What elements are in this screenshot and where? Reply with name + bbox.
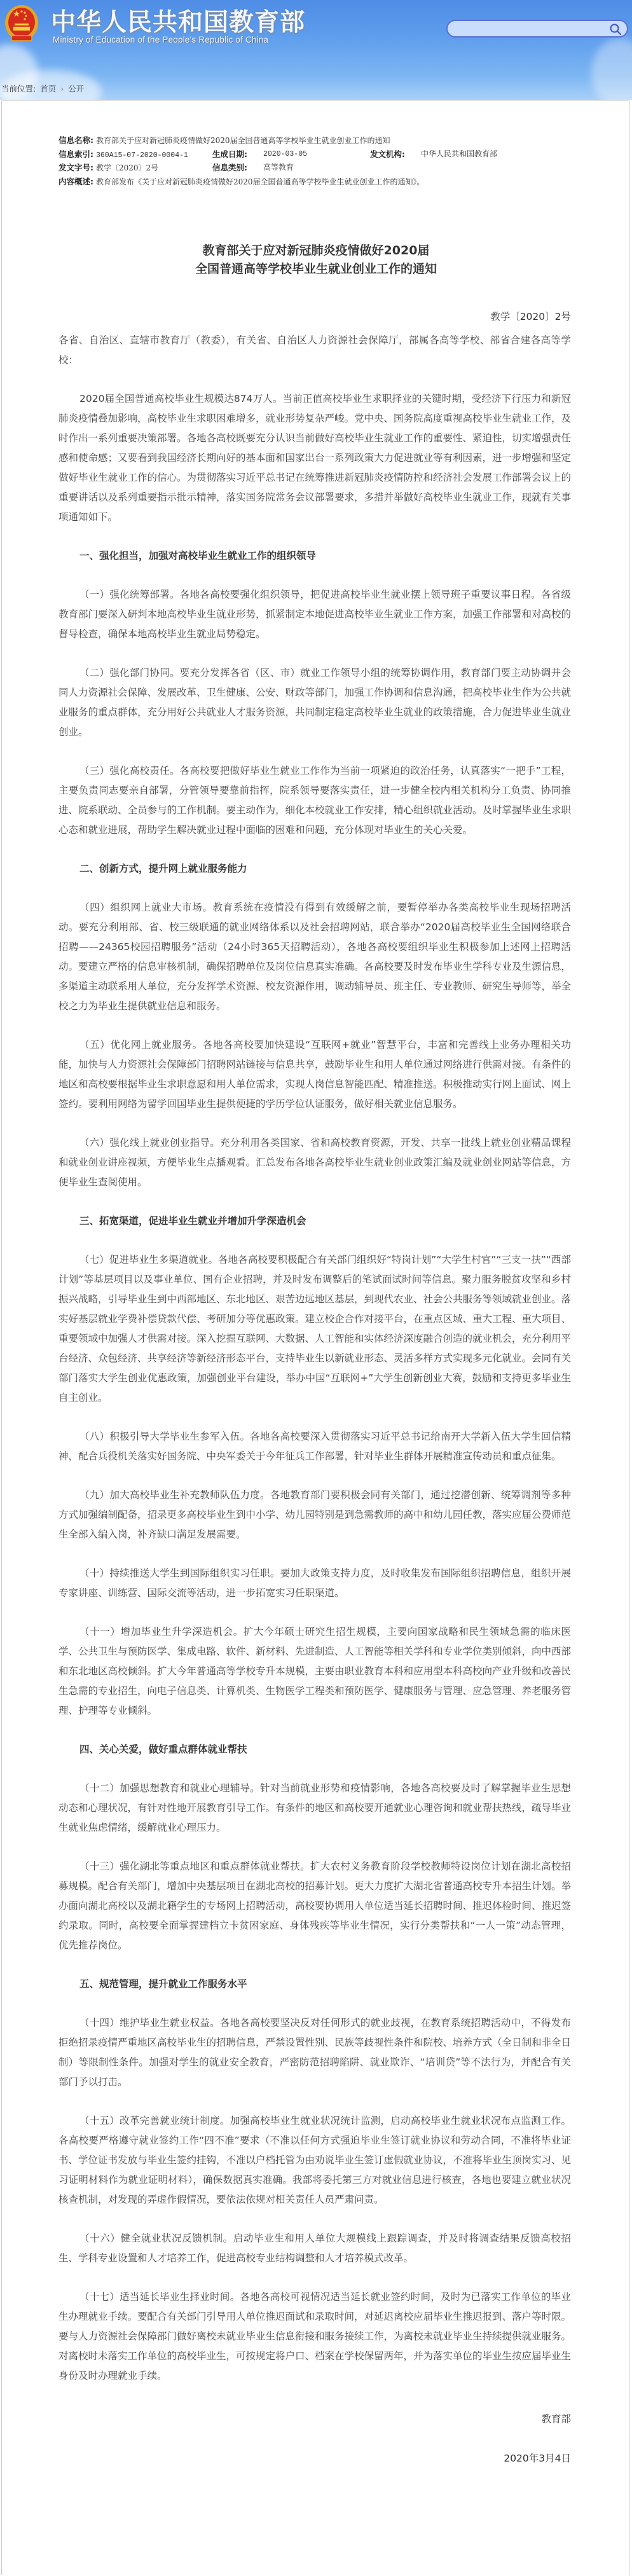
meta-name-label: 信息名称: [58,135,93,145]
paragraph: （十七）适当延长毕业生择业时间。各地各高校可视情况适当延长就业签约时间，及时为已… [58,2287,571,2386]
meta-summary-value: 教育部发布《关于应对新冠肺炎疫情做好2020届全国普通高等学校毕业生就业创业工作… [96,177,425,186]
paragraph: （十五）改革完善就业统计制度。加强高校毕业生就业状况统计监测，启动高校毕业生就业… [58,2111,571,2210]
section-heading: 三、拓宽渠道，促进毕业生就业并增加升学深造机会 [58,1211,571,1231]
paragraph: （十六）健全就业状况反馈机制。启动毕业生和用人单位大规模线上跟踪调查，并及时将调… [58,2229,571,2268]
paragraph: （十二）加强思想教育和就业心理辅导。针对当前就业形势和疫情影响，各地各高校要及时… [58,1779,571,1838]
signature-date: 2020年3月4日 [504,2451,571,2465]
paragraph: （一）强化统筹部署。各地各高校要强化组织领导，把促进高校毕业生就业摆上领导班子重… [58,585,571,644]
paragraph: （四）组织网上就业大市场。教育系统在疫情没有得到有效缓解之前，要暂停举办各类高校… [58,898,571,1016]
paragraph: （二）强化部门协同。要充分发挥各省（区、市）就业工作领导小组的统筹协调作用，教育… [58,663,571,742]
document-title-line2: 全国普通高等学校毕业生就业创业工作的通知 [0,260,632,279]
site-title: 中华人民共和国教育部 [51,3,305,38]
document-number: 教学〔2020〕2号 [490,309,571,323]
meta-row-name: 信息名称: 教育部关于应对新冠肺炎疫情做好2020届全国普通高等学校毕业生就业创… [58,134,425,148]
meta-docno-value: 教学〔2020〕2号 [96,163,158,172]
paragraph: （十一）增加毕业生升学深造机会。扩大今年硕士研究生招生规模，主要向国家战略和民生… [58,1622,571,1721]
meta-index-value: 360A15-07-2020-0004-1 [96,151,188,160]
meta-category-label: 信息类别: [212,161,247,175]
breadcrumb: 当前位置: 首页 › 公开 [1,83,86,94]
document-title-line1: 教育部关于应对新冠肺炎疫情做好2020届 [0,242,632,260]
meta-date-label: 生成日期: [212,148,247,162]
section-heading: 一、强化担当，加强对高校毕业生就业工作的组织领导 [58,546,571,566]
meta-index-label: 信息索引: [58,149,93,159]
meta-row-docno: 发文字号: 教学〔2020〕2号 信息类别: 高等教育 [58,161,425,175]
paragraph: （七）促进毕业生多渠道就业。各地各高校要积极配合有关部门组织好“特岗计划”“大学… [58,1250,571,1408]
breadcrumb-separator-icon: › [60,84,64,93]
paragraph: （六）强化线上就业创业指导。充分利用各类国家、省和高校教育资源，开发、共享一批线… [58,1133,571,1192]
meta-summary-label: 内容概述: [58,177,93,186]
paragraph: （十）持续推送大学生到国际组织实习任职。要加大政策支持力度，及时收集发布国际组织… [58,1564,571,1603]
meta-org-label: 发文机构: [370,148,405,162]
paragraph: （九）加大高校毕业生补充教师队伍力度。各地教育部门要积极会同有关部门，通过挖潜创… [58,1485,571,1545]
site-header: 中华人民共和国教育部 Ministry of Education of the … [0,0,632,100]
paragraph: （五）优化网上就业服务。各地各高校要加快建设“互联网+就业”智慧平台，丰富和完善… [58,1035,571,1114]
meta-row-index: 信息索引: 360A15-07-2020-0004-1 生成日期: 2020-0… [58,148,425,162]
search-input[interactable] [455,21,614,38]
meta-docno-label: 发文字号: [58,163,93,172]
metadata-table: 信息名称: 教育部关于应对新冠肺炎疫情做好2020届全国普通高等学校毕业生就业创… [58,134,425,188]
breadcrumb-label: 当前位置: [1,84,36,93]
paragraph: （三）强化高校责任。各高校要把做好毕业生就业工作作为当前一项紧迫的政治任务，认真… [58,761,571,840]
signature: 教育部 [541,2411,571,2425]
search-box[interactable] [446,20,628,38]
breadcrumb-home[interactable]: 首页 [40,84,56,93]
breadcrumb-public[interactable]: 公开 [68,84,84,93]
national-emblem-icon [4,4,39,43]
paragraph: （十三）强化湖北等重点地区和重点群体就业帮扶。扩大农村义务教育阶段学校教师特设岗… [58,1857,571,1955]
meta-row-summary: 内容概述: 教育部发布《关于应对新冠肺炎疫情做好2020届全国普通高等学校毕业生… [58,175,425,189]
meta-category-value: 高等教育 [263,161,294,175]
section-heading: 五、规范管理，提升就业工作服务水平 [58,1974,571,1994]
document-title: 教育部关于应对新冠肺炎疫情做好2020届 全国普通高等学校毕业生就业创业工作的通… [0,242,632,279]
document-body: 各省、自治区、直辖市教育厅（教委），有关省、自治区人力资源社会保障厅，部属各高等… [58,331,571,2405]
section-heading: 四、关心关爱，做好重点群体就业帮扶 [58,1740,571,1760]
section-heading: 二、创新方式，提升网上就业服务能力 [58,859,571,879]
search-icon[interactable] [609,23,622,36]
paragraph: 2020届全国普通高校毕业生规模达874万人。当前正值高校毕业生求职择业的关键时… [58,389,571,527]
site-subtitle: Ministry of Education of the People's Re… [53,35,268,45]
dandelion-decoration [591,38,632,100]
meta-name-value: 教育部关于应对新冠肺炎疫情做好2020届全国普通高等学校毕业生就业创业工作的通知 [96,136,390,145]
paragraph: （十四）维护毕业生就业权益。各地各高校要坚决反对任何形式的就业歧视，在教育系统招… [58,2013,571,2092]
paragraph: （八）积极引导大学毕业生参军入伍。各地各高校要深入贯彻落实习近平总书记给南开大学… [58,1427,571,1466]
meta-date-value: 2020-03-05 [263,148,307,162]
paragraph: 各省、自治区、直辖市教育厅（教委），有关省、自治区人力资源社会保障厅，部属各高等… [58,331,571,370]
meta-org-value: 中华人民共和国教育部 [421,148,497,162]
